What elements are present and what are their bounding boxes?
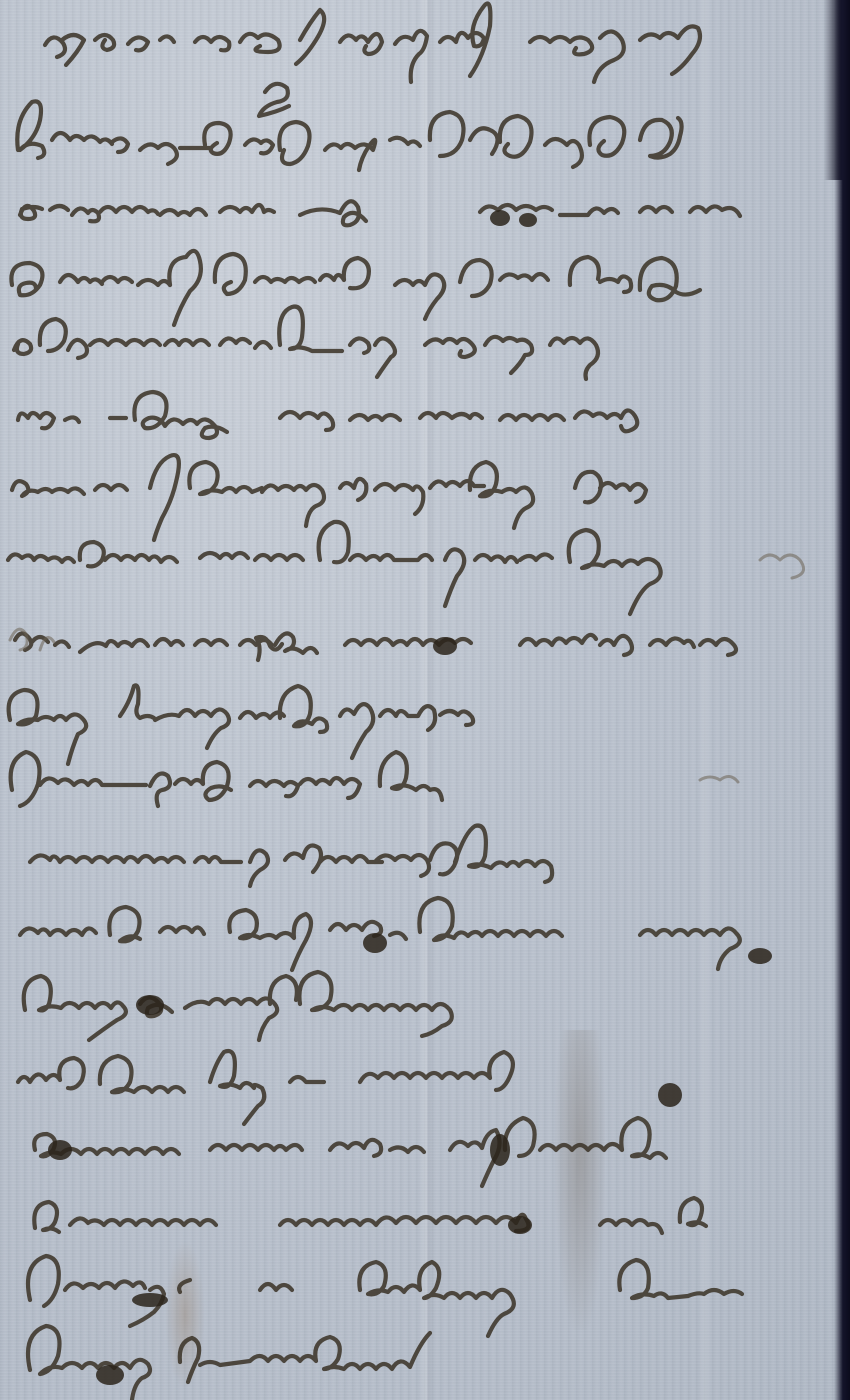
handwritten-text: [0, 0, 850, 1400]
manuscript-page: [0, 0, 850, 1400]
page-edge-shadow: [834, 0, 850, 1400]
